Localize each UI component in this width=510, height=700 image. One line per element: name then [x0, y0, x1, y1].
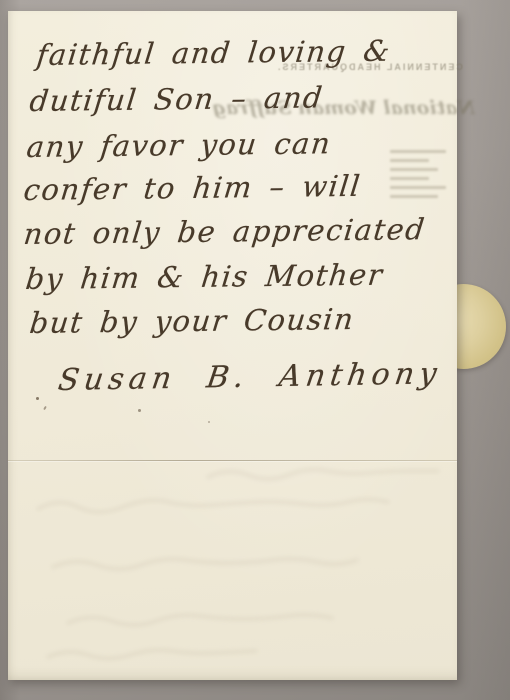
handwriting-line-4: confer to him – will — [22, 169, 363, 207]
signature-susan-b-anthony: Susan B. Anthony — [56, 356, 444, 398]
handwriting-line-2: dutiful Son – and — [28, 80, 325, 118]
ink-speck — [36, 397, 39, 400]
letter-page: CENTENNIAL HEADQUARTERS. National Woman … — [8, 11, 457, 680]
handwriting-line-7: but by your Cousin — [28, 302, 356, 340]
handwriting-line-6: by him & his Mother — [24, 258, 385, 296]
fold-crease — [8, 460, 457, 461]
handwriting-line-1: faithful and loving & — [35, 34, 393, 72]
ink-speck — [138, 409, 141, 412]
ink-speck — [208, 421, 210, 423]
showthrough-officers-list — [390, 150, 446, 204]
photo-background: CENTENNIAL HEADQUARTERS. National Woman … — [0, 0, 510, 700]
handwriting-line-5: not only be appreciated — [22, 212, 427, 251]
ink-speck — [43, 406, 47, 410]
handwriting-line-3: any favor you can — [25, 126, 333, 164]
